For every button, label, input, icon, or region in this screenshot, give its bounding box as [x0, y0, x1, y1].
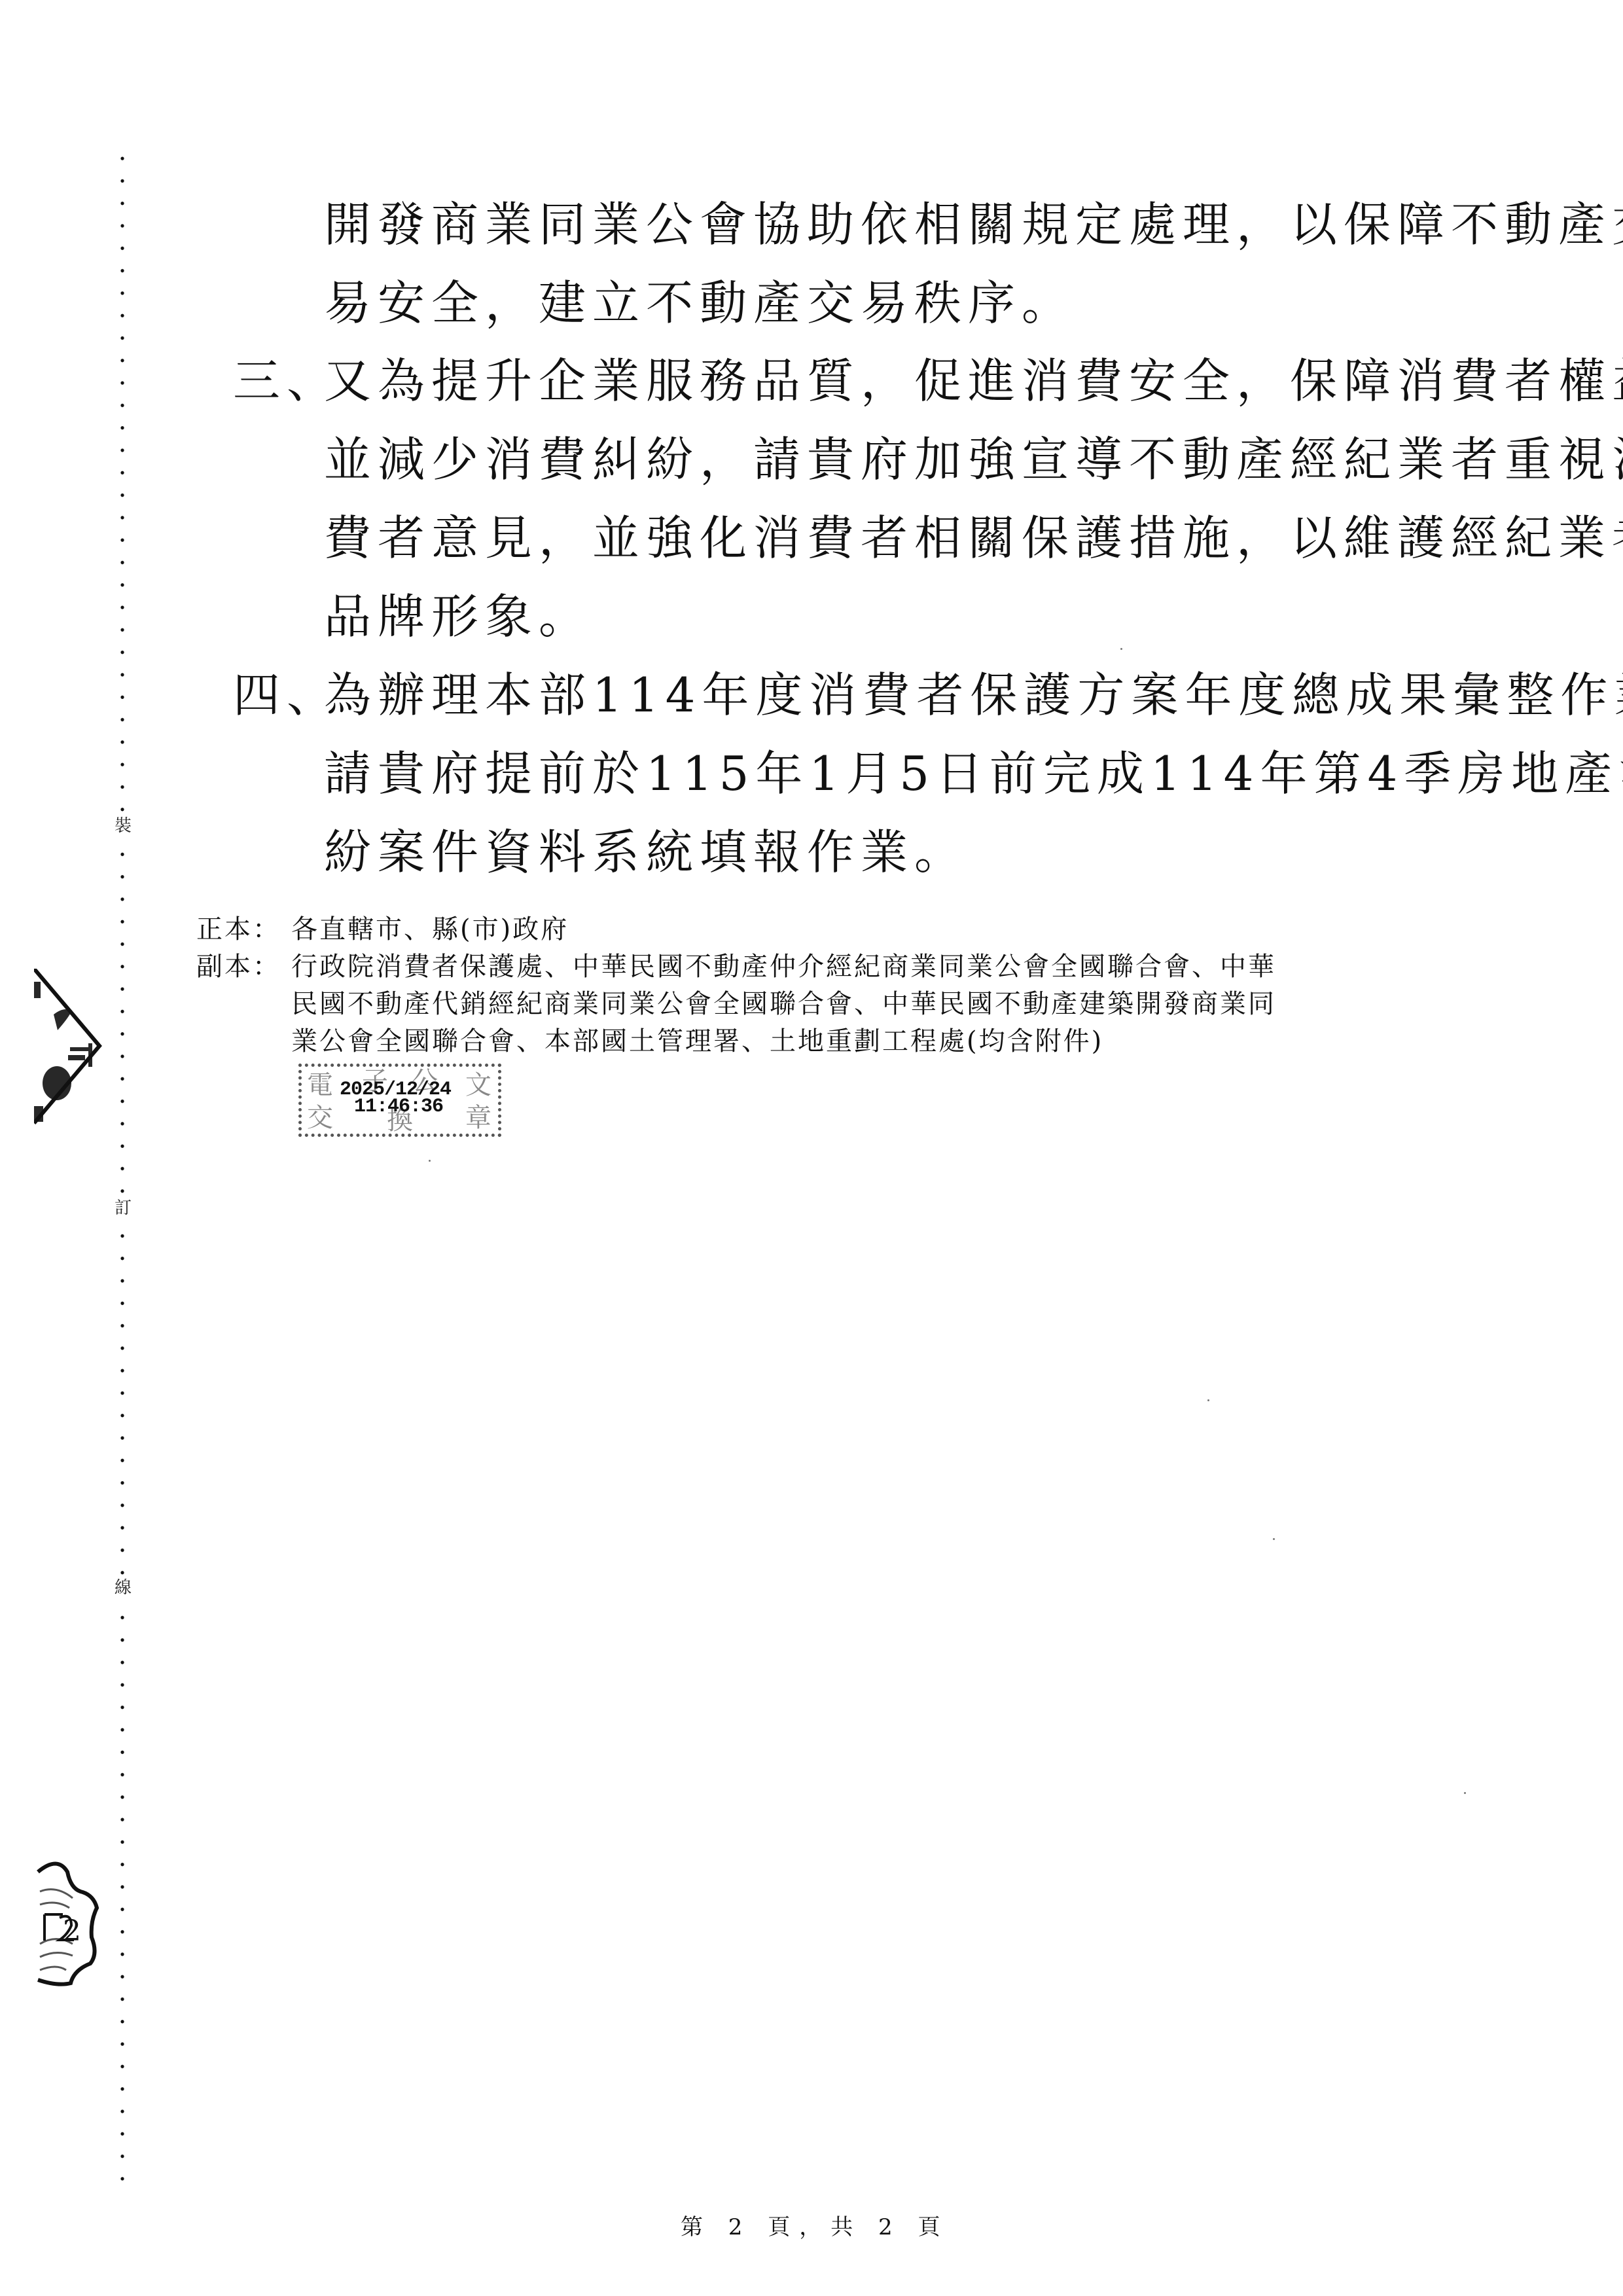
body-line: 開發商業同業公會協助依相關規定處理，以保障不動產交 [324, 195, 1623, 254]
body-line: 並減少消費糾紛，請貴府加強宣導不動產經紀業者重視消 [324, 430, 1623, 489]
scan-speck [429, 1160, 431, 1162]
copy-recipients-label: 副本： [196, 950, 281, 983]
body-line: 紛案件資料系統填報作業。 [324, 823, 968, 882]
body-line: 請貴府提前於115年1月5日前完成114年第4季房地產消費糾 [324, 744, 1623, 803]
body-line: 為辦理本部114年度消費者保護方案年度總成果彙整作業， [324, 666, 1623, 725]
scan-speck [1531, 753, 1533, 755]
original-recipients: 各直轄市、縣(市)政府 [291, 913, 569, 946]
copy-recipients-line: 行政院消費者保護處、中華民國不動產仲介經紀商業同業公會全國聯合會、中華 [291, 950, 1276, 983]
scan-speck [1273, 1538, 1275, 1540]
body-line: 費者意見，並強化消費者相關保護措施，以維護經紀業者 [324, 509, 1623, 567]
scan-speck [1207, 1399, 1209, 1401]
original-recipients-label: 正本： [196, 913, 281, 946]
scan-speck [1464, 1792, 1466, 1794]
stamp-char: 文 [465, 1072, 491, 1098]
stamp-char: 交 [307, 1105, 333, 1131]
binding-mark-ding: 訂 [110, 1195, 136, 1221]
stamp-char: 電 [307, 1072, 333, 1098]
binding-mark-zhuang: 裝 [110, 813, 136, 839]
scan-speck [1120, 648, 1122, 650]
body-line: 易安全，建立不動產交易秩序。 [324, 274, 1075, 332]
page-indicator: 第 2 頁，共 2 頁 [681, 2209, 950, 2241]
seam-seal-bottom-icon: 2 [37, 1859, 102, 1990]
binding-mark-xian: 線 [110, 1575, 136, 1601]
body-line: 品牌形象。 [324, 587, 592, 646]
document-page: 裝 訂 線 開發商業同業公會協助依相關規定處理，以保障不動產交 易安全，建立不動… [0, 0, 1623, 2296]
binding-dotted-line [120, 147, 124, 2193]
copy-recipients-line: 民國不動產代銷經紀商業同業公會全國聯合會、中華民國不動產建築開發商業同 [291, 988, 1276, 1020]
body-line: 又為提升企業服務品質，促進消費安全，保障消費者權益 [324, 351, 1623, 410]
stamp-char: 章 [465, 1105, 491, 1131]
stamp-time: 11:46:36 [354, 1097, 443, 1117]
seal-number: 2 [63, 1914, 81, 1948]
seam-seal-top-icon [34, 969, 106, 1126]
electronic-exchange-stamp: 電 子 公 文 交 換 章 2025/12/24 11:46:36 [298, 1064, 501, 1137]
copy-recipients-line: 業公會全國聯合會、本部國土管理署、土地重劃工程處(均含附件) [291, 1025, 1103, 1058]
